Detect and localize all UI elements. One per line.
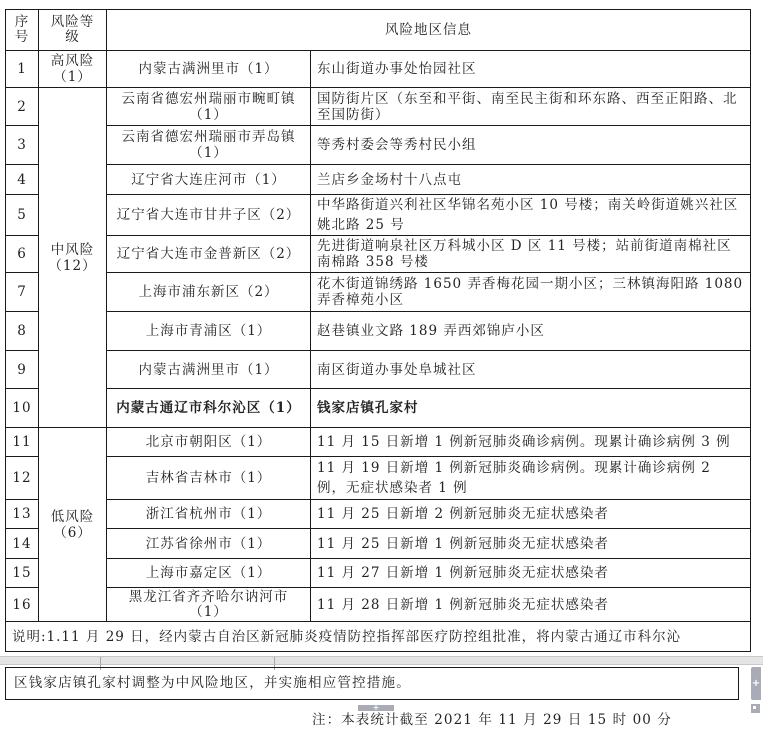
area-detail: 国防街片区（东至和平街、南至民主街和环东路、西至正阳路、北至国防街） xyxy=(311,88,751,126)
row-number: 15 xyxy=(6,559,39,588)
table-row: 12 吉林省吉林市（1） 11 月 19 日新增 1 例新冠肺炎确诊病例。现累计… xyxy=(6,457,751,500)
table-resize-handle-icon[interactable] xyxy=(751,704,760,713)
area-detail: 11 月 25 日新增 2 例新冠肺炎无症状感染者 xyxy=(311,500,751,529)
area-detail: 11 月 15 日新增 1 例新冠肺炎确诊病例。现累计确诊病例 3 例 xyxy=(311,428,751,457)
row-number: 10 xyxy=(6,389,39,428)
table-row: 10 内蒙古通辽市科尔沁区（1） 钱家店镇孔家村 xyxy=(6,389,751,428)
area-name: 黑龙江省齐齐哈尔讷河市（1） xyxy=(107,588,311,622)
row-number: 3 xyxy=(6,126,39,165)
area-name: 浙江省杭州市（1） xyxy=(107,500,311,529)
area-name: 内蒙古满洲里市（1） xyxy=(107,51,311,88)
risk-level-label: 中风险 xyxy=(45,242,100,258)
row-number: 7 xyxy=(6,273,39,312)
area-name: 北京市朝阳区（1） xyxy=(107,428,311,457)
page-break-separator xyxy=(0,656,763,665)
row-number: 12 xyxy=(6,457,39,500)
area-name: 云南省德宏州瑞丽市畹町镇（1） xyxy=(107,88,311,126)
risk-level-count: （1） xyxy=(45,69,100,85)
table-row: 2 中风险 （12） 云南省德宏州瑞丽市畹町镇（1） 国防街片区（东至和平街、南… xyxy=(6,88,751,126)
table-row: 14 江苏省徐州市（1） 11 月 25 日新增 1 例新冠肺炎无症状感染者 xyxy=(6,529,751,559)
table-row: 9 内蒙古满洲里市（1） 南区街道办事处阜城社区 xyxy=(6,351,751,389)
table-row: 4 辽宁省大连庄河市（1） 兰店乡金场村十八点屯 xyxy=(6,165,751,195)
area-detail: 钱家店镇孔家村 xyxy=(311,389,751,428)
area-detail: 先进街道响泉社区万科城小区 D 区 11 号楼；站前街道南棉社区南棉路 358 … xyxy=(311,236,751,273)
area-detail: 等秀村委会等秀村民小组 xyxy=(311,126,751,165)
table-row: 7 上海市浦东新区（2） 花木街道锦绣路 1650 弄香梅花园一期小区；三林镇海… xyxy=(6,273,751,312)
area-detail: 中华路街道兴利社区华锦名苑小区 10 号楼；南关岭街道姚兴社区姚北路 25 号 xyxy=(311,195,751,236)
area-detail: 兰店乡金场村十八点屯 xyxy=(311,165,751,195)
risk-level-label: 高风险 xyxy=(45,53,100,69)
table-row: 16 黑龙江省齐齐哈尔讷河市（1） 11 月 28 日新增 1 例新冠肺炎无症状… xyxy=(6,588,751,622)
risk-level-count: （6） xyxy=(45,525,100,541)
row-number: 1 xyxy=(6,51,39,88)
risk-area-table: 序号 风险等级 风险地区信息 1 高风险 （1） 内蒙古满洲里市（1） 东山街道… xyxy=(5,9,751,652)
area-name: 上海市浦东新区（2） xyxy=(107,273,311,312)
table-row: 15 上海市嘉定区（1） 11 月 27 日新增 1 例新冠肺炎无症状感染者 xyxy=(6,559,751,588)
header-risk-area-info: 风险地区信息 xyxy=(107,10,751,51)
header-serial-number: 序号 xyxy=(6,10,39,51)
row-number: 6 xyxy=(6,236,39,273)
table-note-line1: 说明:1.11 月 29 日，经内蒙古自治区新冠肺炎疫情防控指挥部医疗防控组批准… xyxy=(6,622,751,652)
area-name: 辽宁省大连庄河市（1） xyxy=(107,165,311,195)
area-detail: 11 月 27 日新增 1 例新冠肺炎无症状感染者 xyxy=(311,559,751,588)
row-number: 13 xyxy=(6,500,39,529)
area-name: 内蒙古满洲里市（1） xyxy=(107,351,311,389)
risk-level-count: （12） xyxy=(45,258,100,274)
add-column-icon[interactable]: + xyxy=(751,667,761,700)
row-number: 2 xyxy=(6,88,39,126)
row-number: 5 xyxy=(6,195,39,236)
table-row: 1 高风险 （1） 内蒙古满洲里市（1） 东山街道办事处怡园社区 xyxy=(6,51,751,88)
table-row: 6 辽宁省大连市金普新区（2） 先进街道响泉社区万科城小区 D 区 11 号楼；… xyxy=(6,236,751,273)
area-detail: 11 月 19 日新增 1 例新冠肺炎确诊病例。现累计确诊病例 2 例，无症状感… xyxy=(311,457,751,500)
table-note-continuation: 区钱家店镇孔家村调整为中风险地区，并实施相应管控措施。 xyxy=(5,667,739,700)
table-note-row: 说明:1.11 月 29 日，经内蒙古自治区新冠肺炎疫情防控指挥部医疗防控组批准… xyxy=(6,622,751,652)
area-detail: 11 月 28 日新增 1 例新冠肺炎无症状感染者 xyxy=(311,588,751,622)
row-number: 8 xyxy=(6,312,39,351)
area-name: 内蒙古通辽市科尔沁区（1） xyxy=(107,389,311,428)
risk-level-low: 低风险 （6） xyxy=(39,428,107,622)
area-name: 云南省德宏州瑞丽市弄岛镇（1） xyxy=(107,126,311,165)
table-row: 13 浙江省杭州市（1） 11 月 25 日新增 2 例新冠肺炎无症状感染者 xyxy=(6,500,751,529)
area-name: 吉林省吉林市（1） xyxy=(107,457,311,500)
table-row: 5 辽宁省大连市甘井子区（2） 中华路街道兴利社区华锦名苑小区 10 号楼；南关… xyxy=(6,195,751,236)
risk-level-high: 高风险 （1） xyxy=(39,51,107,88)
area-detail: 花木街道锦绣路 1650 弄香梅花园一期小区；三林镇海阳路 1080 弄香樟苑小… xyxy=(311,273,751,312)
area-name: 上海市嘉定区（1） xyxy=(107,559,311,588)
row-number: 9 xyxy=(6,351,39,389)
row-number: 16 xyxy=(6,588,39,622)
risk-level-label: 低风险 xyxy=(45,509,100,525)
area-detail: 11 月 25 日新增 1 例新冠肺炎无症状感染者 xyxy=(311,529,751,559)
risk-level-medium: 中风险 （12） xyxy=(39,88,107,428)
row-number: 14 xyxy=(6,529,39,559)
table-row: 11 低风险 （6） 北京市朝阳区（1） 11 月 15 日新增 1 例新冠肺炎… xyxy=(6,428,751,457)
table-row: 8 上海市青浦区（1） 赵巷镇业文路 189 弄西郊锦庐小区 xyxy=(6,312,751,351)
area-name: 江苏省徐州市（1） xyxy=(107,529,311,559)
row-number: 4 xyxy=(6,165,39,195)
statistics-footnote: 注：本表统计截至 2021 年 11 月 29 日 15 时 00 分 xyxy=(312,708,672,728)
area-detail: 南区街道办事处阜城社区 xyxy=(311,351,751,389)
document-page: 序号 风险等级 风险地区信息 1 高风险 （1） 内蒙古满洲里市（1） 东山街道… xyxy=(0,0,763,732)
header-risk-level: 风险等级 xyxy=(39,10,107,51)
area-name: 上海市青浦区（1） xyxy=(107,312,311,351)
row-number: 11 xyxy=(6,428,39,457)
area-detail: 东山街道办事处怡园社区 xyxy=(311,51,751,88)
table-header-row: 序号 风险等级 风险地区信息 xyxy=(6,10,751,51)
area-name: 辽宁省大连市金普新区（2） xyxy=(107,236,311,273)
area-detail: 赵巷镇业文路 189 弄西郊锦庐小区 xyxy=(311,312,751,351)
table-row: 3 云南省德宏州瑞丽市弄岛镇（1） 等秀村委会等秀村民小组 xyxy=(6,126,751,165)
area-name: 辽宁省大连市甘井子区（2） xyxy=(107,195,311,236)
